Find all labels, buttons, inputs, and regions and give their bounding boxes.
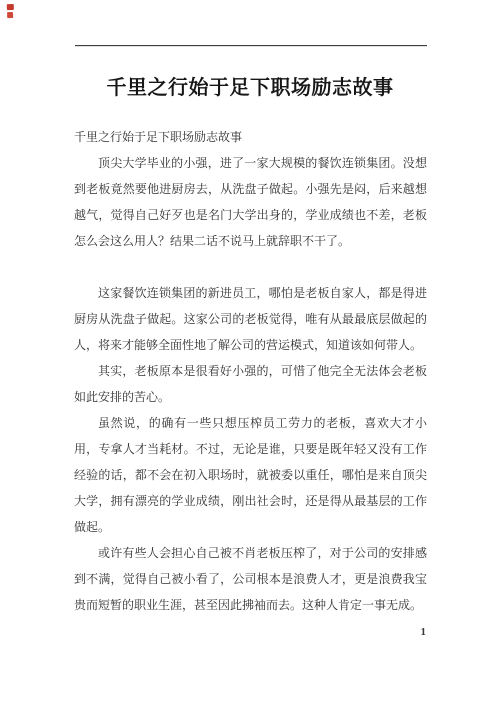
document-title: 千里之行始于足下职场励志故事 (0, 72, 500, 104)
text-line: 到不满，觉得自己被小看了，公司根本是浪费人才，更是浪费我宝 (74, 566, 427, 592)
document-subtitle: 千里之行始于足下职场励志故事 (74, 124, 427, 150)
text-line: 做起。 (74, 514, 427, 540)
red-watermark-block (7, 4, 14, 10)
text-line: 贵而短暂的职业生涯，甚至因此拂袖而去。这种人肯定一事无成。 (74, 592, 427, 618)
paragraph: 虽然说，的确有一些只想压榨员工劳力的老板，喜欢大才小用，专拿人才当耗材。不过，无… (74, 410, 427, 540)
text-line: 厨房从洗盘子做起。这家公司的老板觉得，唯有从最最底层做起的 (74, 306, 427, 332)
text-line: 虽然说，的确有一些只想压榨员工劳力的老板，喜欢大才小 (74, 410, 427, 436)
text-line: 如此安排的苦心。 (74, 384, 427, 410)
paragraph: 其实，老板原本是很看好小强的，可惜了他完全无法体会老板如此安排的苦心。 (74, 358, 427, 410)
text-line: 其实，老板原本是很看好小强的，可惜了他完全无法体会老板 (74, 358, 427, 384)
text-line: 或许有些人会担心自己被不肖老板压榨了，对于公司的安排感 (74, 540, 427, 566)
red-watermark-block (7, 12, 13, 18)
text-line: 顶尖大学毕业的小强，进了一家大规模的餐饮连锁集团。没想 (74, 150, 427, 176)
header-rule (75, 45, 427, 46)
text-line: 怎么会这么用人？结果二话不说马上就辞职不干了。 (74, 228, 427, 254)
text-line: 到老板竟然要他进厨房去，从洗盘子做起。小强先是闷，后来越想 (74, 176, 427, 202)
text-line: 越气，觉得自己好歹也是名门大学出身的，学业成绩也不差，老板 (74, 202, 427, 228)
document-page: 千里之行始于足下职场励志故事 千里之行始于足下职场励志故事 顶尖大学毕业的小强，… (0, 0, 500, 707)
page-number: 1 (421, 625, 427, 639)
paragraph: 这家餐饮连锁集团的新进员工，哪怕是老板自家人，都是得进厨房从洗盘子做起。这家公司… (74, 280, 427, 358)
text-line: 经验的话，都不会在初入职场时，就被委以重任，哪怕是来自顶尖 (74, 462, 427, 488)
red-watermark-icon (7, 4, 17, 20)
text-line: 人，将来才能够全面性地了解公司的营运模式，知道该如何带人。 (74, 332, 427, 358)
paragraph: 顶尖大学毕业的小强，进了一家大规模的餐饮连锁集团。没想到老板竟然要他进厨房去，从… (74, 150, 427, 254)
text-line: 大学，拥有漂亮的学业成绩，刚出社会时，还是得从最基层的工作 (74, 488, 427, 514)
paragraph: 或许有些人会担心自己被不肖老板压榨了，对于公司的安排感到不满，觉得自己被小看了，… (74, 540, 427, 618)
text-line: 这家餐饮连锁集团的新进员工，哪怕是老板自家人，都是得进 (74, 280, 427, 306)
text-line: 用，专拿人才当耗材。不过，无论是谁，只要是既年轻又没有工作 (74, 436, 427, 462)
body-text: 千里之行始于足下职场励志故事 顶尖大学毕业的小强，进了一家大规模的餐饮连锁集团。… (74, 124, 427, 618)
